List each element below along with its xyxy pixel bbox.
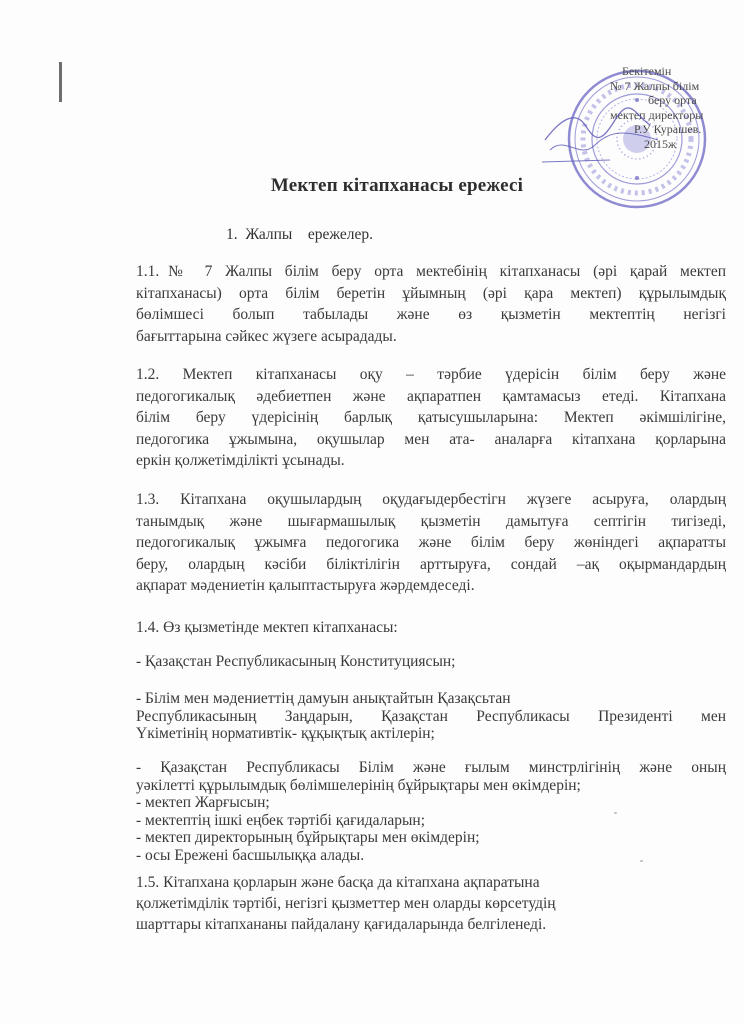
text-line: - Қазақстан Республикасы Білім және ғылы… xyxy=(136,759,726,777)
bullet-constitution: - Қазақстан Республикасының Конституцияс… xyxy=(136,651,726,673)
bullet-laws: - Білім мен мәдениеттің дамуын анықтайты… xyxy=(136,690,726,743)
bullet-ministry-list: - Қазақстан Республикасы Білім және ғылы… xyxy=(136,759,726,864)
text-line: 1.5. Кітапхана қорларын және басқа да кі… xyxy=(136,872,726,893)
document-page: Бекітемін № 7 Жалпы білім беру орта мект… xyxy=(0,0,744,1024)
margin-mark xyxy=(59,62,62,102)
signature-icon xyxy=(540,100,660,170)
text-line: Республикасының Заңдарын, Қазақстан Респ… xyxy=(136,708,726,726)
section-heading: 1. Жалпы ережелер. xyxy=(226,226,373,244)
paragraph-1-2: 1.2. Мектеп кітапханасы оқу – тәрбие үде… xyxy=(136,364,726,472)
text-line: - мектеп директорының бұйрықтары мен өкі… xyxy=(136,829,726,847)
text-line: бөлімшесі болып табылады және өз қызметі… xyxy=(136,304,726,326)
text-line: танымдық және шығармашылық қызметін дамы… xyxy=(136,511,726,533)
approval-line: Бекітемін xyxy=(600,64,740,79)
text-line: еркін қолжетімділікті ұсынады. xyxy=(136,450,726,472)
text-line: - осы Ережені басшылыққа алады. xyxy=(136,847,726,865)
scan-speck xyxy=(708,544,711,546)
paragraph-1-4: 1.4. Өз қызметінде мектеп кітапханасы: xyxy=(136,617,726,639)
approval-line: № 7 Жалпы білім xyxy=(600,79,740,94)
text-line: педогогикалық ұжымға педогогика және біл… xyxy=(136,532,726,554)
scan-speck xyxy=(614,812,617,814)
text-line: шарттары кітапхананы пайдалану қағидалар… xyxy=(136,914,726,935)
paragraph-1-1: 1.1.№ 7 Жалпы білім беру орта мектебінің… xyxy=(136,261,726,347)
text-line: білім беру үдерісінің барлық қатысушылар… xyxy=(136,407,726,429)
text-line: кітапханасы) орта білім беретін ұйымның … xyxy=(136,283,726,305)
text-line: - Білім мен мәдениеттің дамуын анықтайты… xyxy=(136,690,726,708)
text-line: бағыттарына сәйкес жүзеге асырадады. xyxy=(136,326,726,348)
text-line: 1.1.№ 7 Жалпы білім беру орта мектебінің… xyxy=(136,261,726,283)
text-line: педогогика ұжымына, оқушылар мен ата- ан… xyxy=(136,429,726,451)
text-line: - Қазақстан Республикасының Конституцияс… xyxy=(136,651,726,673)
text-line: 1.2. Мектеп кітапханасы оқу – тәрбие үде… xyxy=(136,364,726,386)
text-line: қолжетімділік тәртібі, негізгі қызметтер… xyxy=(136,893,726,914)
text-line: - мектептің ішкі еңбек тәртібі қағидалар… xyxy=(136,812,726,830)
text-line: - мектеп Жарғысын; xyxy=(136,794,726,812)
text-line: 1.4. Өз қызметінде мектеп кітапханасы: xyxy=(136,617,726,639)
text-line: 1.3. Кітапхана оқушылардың оқудағыдербес… xyxy=(136,489,726,511)
paragraph-1-3: 1.3. Кітапхана оқушылардың оқудағыдербес… xyxy=(136,489,726,597)
text-line: ақпарат мәдениетін қалыптастыруға жәрдем… xyxy=(136,575,726,597)
text-line: Үкіметінің нормативтік- құқықтық актілер… xyxy=(136,725,726,743)
text-line: беру, олардың кәсіби біліктілігін арттыр… xyxy=(136,554,726,576)
text-line: уәкілетті құрылымдық бөлімшелерінің бұйр… xyxy=(136,777,726,795)
paragraph-1-5: 1.5. Кітапхана қорларын және басқа да кі… xyxy=(136,872,726,935)
text-line: педогогикалық әдебиетпен және ақпаратпен… xyxy=(136,386,726,408)
scan-speck xyxy=(640,860,643,862)
